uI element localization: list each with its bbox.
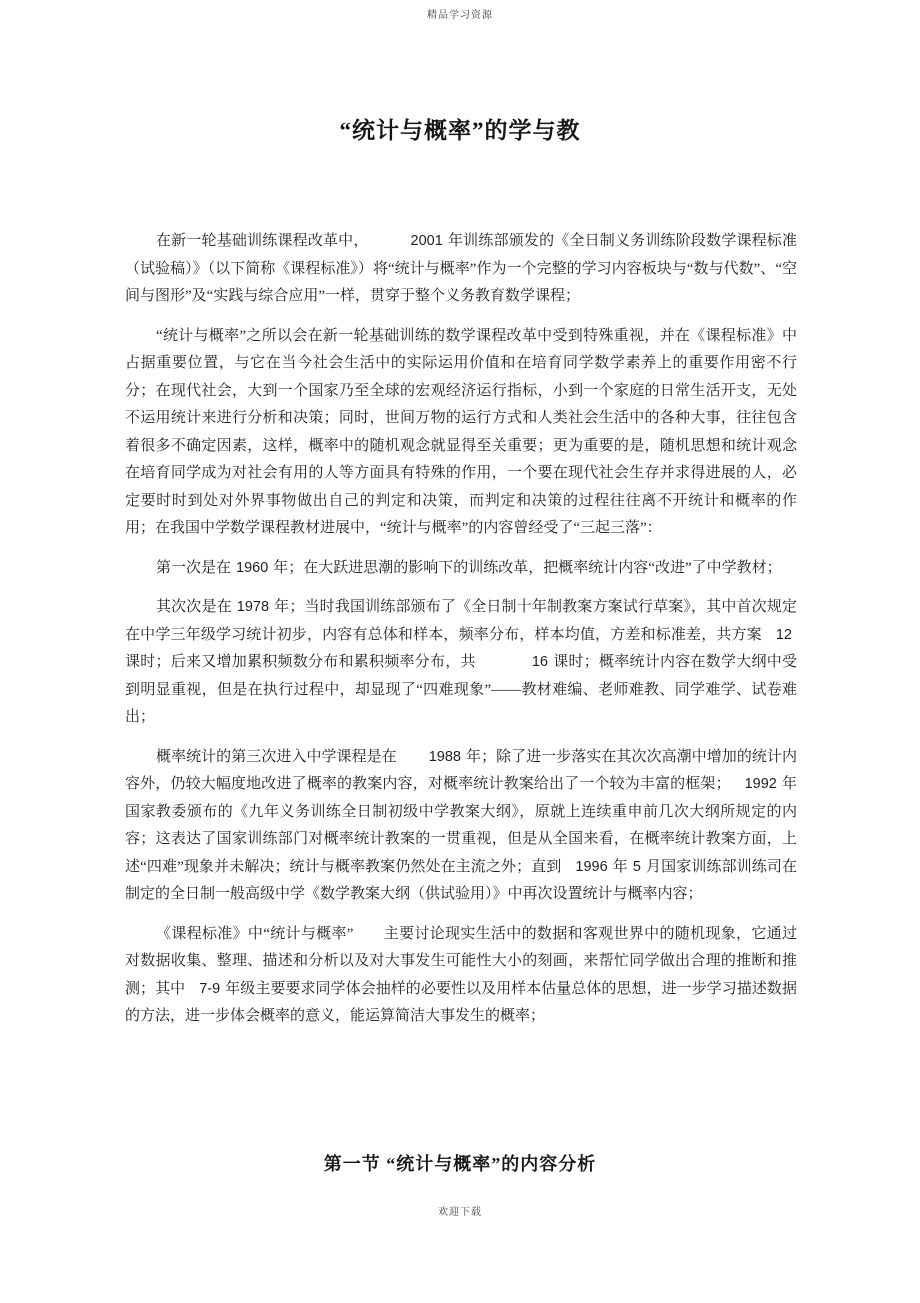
numeric-text: 1988 bbox=[429, 749, 461, 765]
document-body: 在新一轮基础训练课程改革中，2001年训练部颁发的《全日制义务训练阶段数学课程标… bbox=[125, 228, 797, 1043]
paragraph: 概率统计的第三次进入中学课程是在1988年；除了进一步落实在其次次高潮中增加的统… bbox=[125, 744, 797, 909]
section-heading: 第一节 “统计与概率”的内容分析 bbox=[0, 1150, 920, 1176]
text-run: 年 bbox=[613, 859, 628, 875]
text-run: 年级主要要求同学体会抽样的必要性以及用样本估量总体的思想，进一步学习描述数据的方… bbox=[125, 981, 797, 1025]
text-run: 第一次是在 bbox=[156, 560, 231, 576]
text-run: 其次次是在 bbox=[156, 599, 232, 615]
text-run: 年；在大跃进思潮的影响下的训练改革，把概率统计内容“改进”了中学教材； bbox=[273, 560, 781, 576]
numeric-text: 12 bbox=[776, 627, 792, 643]
footer-text: 欢迎下载 bbox=[0, 1203, 920, 1218]
text-run: “统计与概率”之所以会在新一轮基础训练的数学课程改革中受到特殊重视，并在《课程标… bbox=[125, 328, 797, 537]
text-run: 在新一轮基础训练课程改革中， bbox=[156, 233, 369, 249]
text-run: 概率统计的第三次进入中学课程是在 bbox=[156, 749, 397, 765]
document-title: “统计与概率”的学与教 bbox=[0, 112, 920, 145]
numeric-text: 1992 bbox=[745, 776, 777, 792]
paragraph: 《课程标准》中“统计与概率”主要讨论现实生活中的数据和客观世界中的随机现象，它通… bbox=[125, 921, 797, 1031]
numeric-text: 1978 bbox=[237, 599, 269, 615]
numeric-text: 1996 bbox=[575, 859, 607, 875]
numeric-text: 5 bbox=[633, 859, 641, 875]
header-watermark: 精品学习资源 bbox=[0, 6, 920, 21]
numeric-text: 16 bbox=[532, 654, 548, 670]
numeric-text: 2001 bbox=[411, 233, 443, 249]
numeric-text: 7-9 bbox=[199, 981, 220, 997]
numeric-text: 1960 bbox=[236, 560, 268, 576]
document-page: 精品学习资源 “统计与概率”的学与教 在新一轮基础训练课程改革中，2001年训练… bbox=[0, 0, 920, 1303]
paragraph: 在新一轮基础训练课程改革中，2001年训练部颁发的《全日制义务训练阶段数学课程标… bbox=[125, 228, 797, 311]
paragraph: 其次次是在1978年；当时我国训练部颁布了《全日制十年制教案方案试行草案》，其中… bbox=[125, 594, 797, 732]
text-run: 《课程标准》中“统计与概率” bbox=[156, 926, 353, 942]
paragraph: 第一次是在1960年；在大跃进思潮的影响下的训练改革，把概率统计内容“改进”了中… bbox=[125, 555, 797, 583]
text-run: 课时；后来又增加累积频数分布和累积频率分布，共 bbox=[125, 654, 476, 670]
paragraph: “统计与概率”之所以会在新一轮基础训练的数学课程改革中受到特殊重视，并在《课程标… bbox=[125, 323, 797, 543]
